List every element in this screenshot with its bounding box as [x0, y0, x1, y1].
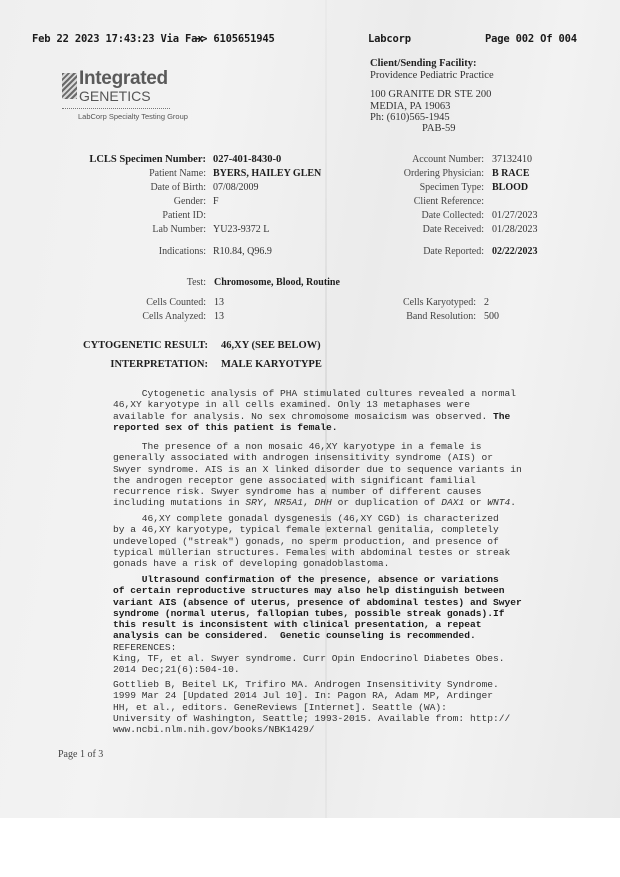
- logo-tagline: LabCorp Specialty Testing Group: [78, 112, 188, 121]
- fax-timestamp: Feb 22 2023 17:43:23 Via Fax: [32, 33, 203, 45]
- physician-value: B RACE: [492, 168, 530, 179]
- client-phone: Ph: (610)565-1945: [370, 112, 450, 123]
- logo-integrated: Integrated: [79, 68, 168, 90]
- report-page: Feb 22 2023 17:43:23 Via Fax -> 61056519…: [0, 0, 620, 818]
- band-resolution-value: 500: [484, 311, 499, 322]
- fax-sender: Labcorp: [368, 33, 411, 45]
- date-received-value: 01/28/2023: [492, 224, 538, 235]
- date-received-label: Date Received:: [360, 224, 484, 235]
- logo-divider: [62, 108, 170, 109]
- name-label: Patient Name:: [60, 168, 206, 179]
- client-address-1: 100 GRANITE DR STE 200: [370, 89, 491, 100]
- test-label: Test:: [140, 277, 206, 288]
- dob-label: Date of Birth:: [60, 182, 206, 193]
- specimen-number-label: LCLS Specimen Number:: [60, 154, 206, 165]
- reference-1: King, TF, et al. Swyer syndrome. Curr Op…: [113, 653, 563, 676]
- lab-number-value: YU23-9372 L: [213, 224, 269, 235]
- gene-wnt4: WNT4: [487, 497, 510, 508]
- test-value: Chromosome, Blood, Routine: [214, 277, 340, 288]
- narrative-paragraph-1: Cytogenetic analysis of PHA stimulated c…: [113, 388, 563, 433]
- date-reported-label: Date Reported:: [360, 246, 484, 257]
- client-heading: Client/Sending Facility:: [370, 58, 476, 69]
- lab-number-label: Lab Number:: [60, 224, 206, 235]
- narrative-paragraph-4: Ultrasound confirmation of the presence,…: [113, 574, 563, 642]
- narrative-paragraph-3: 46,XY complete gonadal dysgenesis (46,XY…: [113, 513, 563, 569]
- client-name: Providence Pediatric Practice: [370, 70, 494, 81]
- band-resolution-label: Band Resolution:: [360, 311, 476, 322]
- interpretation-value: MALE KARYOTYPE: [221, 359, 322, 370]
- gene-dhh: DHH: [315, 497, 332, 508]
- specimen-type-label: Specimen Type:: [360, 182, 484, 193]
- account-number-label: Account Number:: [360, 154, 484, 165]
- patient-id-label: Patient ID:: [60, 210, 206, 221]
- narrative-paragraph-2: The presence of a non mosaic 46,XY karyo…: [113, 441, 563, 509]
- p1-text: Cytogenetic analysis of PHA stimulated c…: [113, 388, 516, 422]
- interpretation-label: INTERPRETATION:: [80, 359, 208, 370]
- specimen-type-value: BLOOD: [492, 182, 528, 193]
- gender-value: F: [213, 196, 219, 207]
- indications-value: R10.84, Q96.9: [213, 246, 272, 257]
- client-address-2: MEDIA, PA 19063: [370, 101, 450, 112]
- references-heading: REFERENCES:: [113, 642, 563, 653]
- gene-dax1: DAX1: [441, 497, 464, 508]
- cells-counted-label: Cells Counted:: [100, 297, 206, 308]
- reference-2: Gottlieb B, Beitel LK, Trifiro MA. Andro…: [113, 679, 563, 735]
- dna-logo-icon: [62, 73, 77, 99]
- dob-value: 07/08/2009: [213, 182, 259, 193]
- gene-nr5a1: NR5A1: [274, 497, 303, 508]
- client-code: PAB-59: [422, 123, 455, 134]
- cells-karyotyped-label: Cells Karyotyped:: [360, 297, 476, 308]
- indications-label: Indications:: [60, 246, 206, 257]
- physician-label: Ordering Physician:: [360, 168, 484, 179]
- cytogenetic-result-value: 46,XY (SEE BELOW): [221, 340, 321, 351]
- name-value: BYERS, HAILEY GLEN: [213, 168, 321, 179]
- fax-page-number: Page 002 Of 004: [485, 33, 577, 45]
- cells-counted-value: 13: [214, 297, 224, 308]
- date-collected-value: 01/27/2023: [492, 210, 538, 221]
- account-number-value: 37132410: [492, 154, 532, 165]
- gene-sry: SRY: [245, 497, 262, 508]
- cells-karyotyped-value: 2: [484, 297, 489, 308]
- logo-genetics: GENETICS: [79, 88, 151, 104]
- date-reported-value: 02/22/2023: [492, 246, 538, 257]
- date-collected-label: Date Collected:: [360, 210, 484, 221]
- fax-destination: -> 6105651945: [195, 33, 275, 45]
- page-footer: Page 1 of 3: [58, 749, 103, 760]
- cytogenetic-result-label: CYTOGENETIC RESULT:: [80, 340, 208, 351]
- cells-analyzed-value: 13: [214, 311, 224, 322]
- gender-label: Gender:: [60, 196, 206, 207]
- specimen-number-value: 027-401-8430-0: [213, 154, 281, 165]
- cells-analyzed-label: Cells Analyzed:: [100, 311, 206, 322]
- client-reference-label: Client Reference:: [360, 196, 484, 207]
